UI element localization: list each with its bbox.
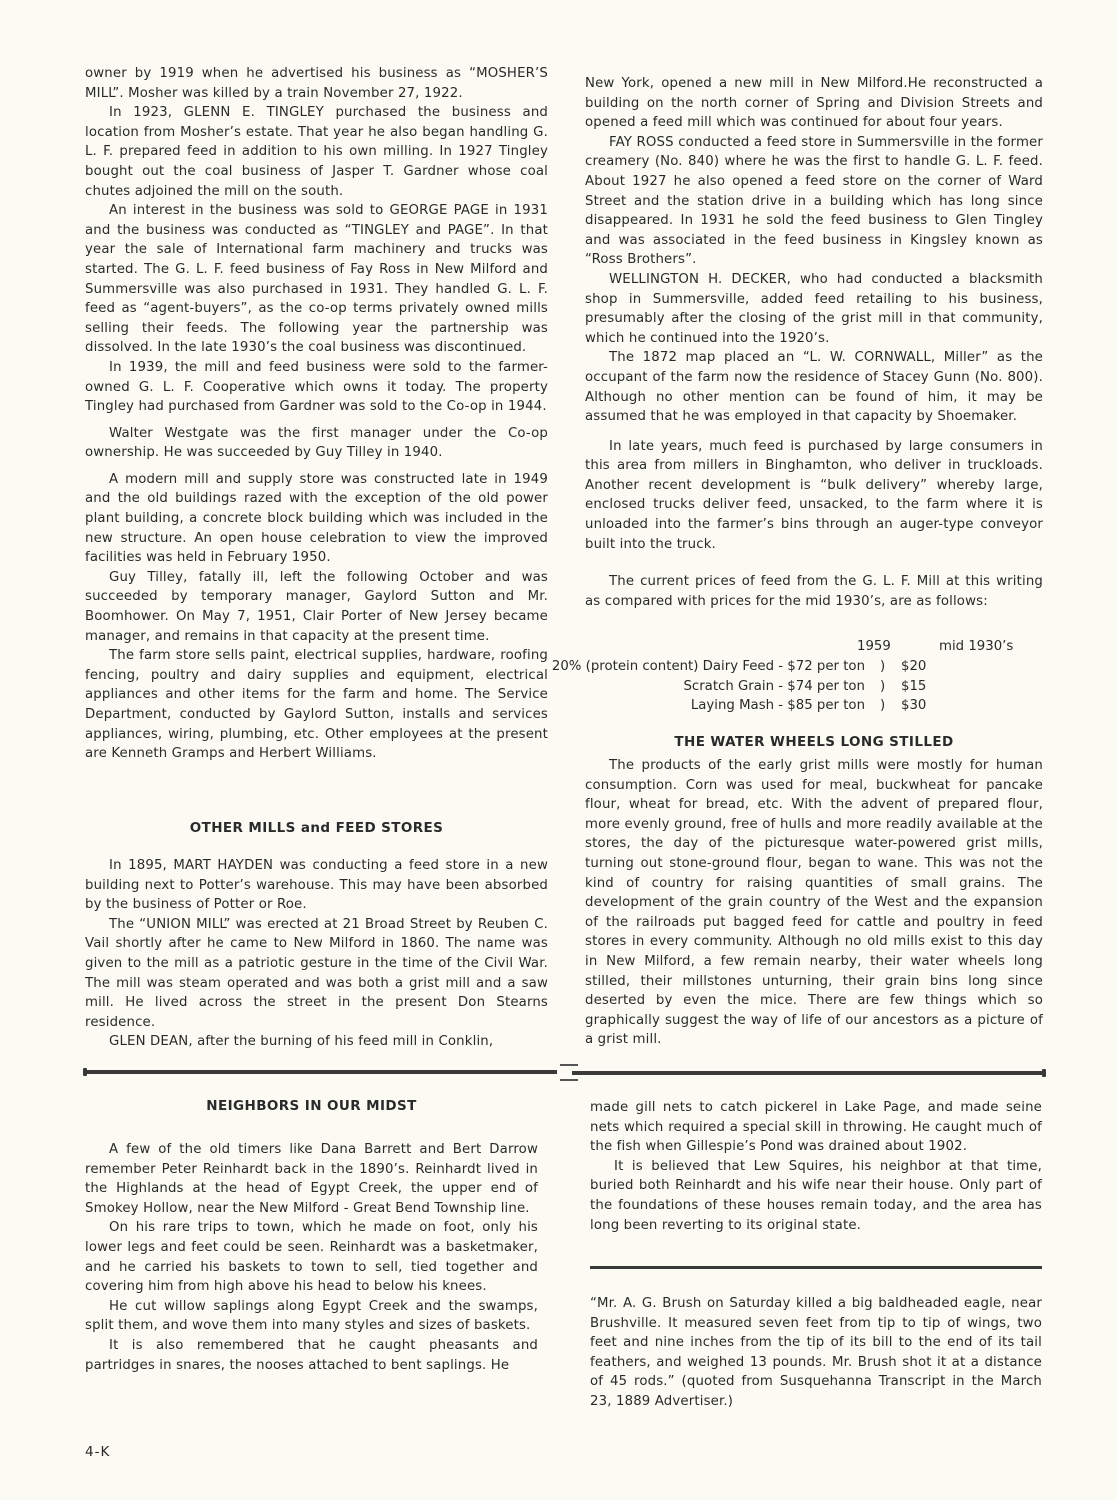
paragraph: It is believed that Lew Squires, his nei… [590, 1157, 1042, 1235]
right-column: New York, opened a new mill in New Milfo… [585, 74, 1043, 611]
paragraph: On his rare trips to town, which he made… [85, 1218, 538, 1296]
quote-divider [590, 1266, 1042, 1269]
price-row: 20% (protein content) Dairy Feed - $72 p… [585, 657, 1043, 677]
price-separator: ) [880, 657, 885, 677]
neighbors-left-column: A few of the old timers like Dana Barret… [85, 1140, 538, 1375]
left-column: owner by 1919 when he advertised his bus… [85, 64, 548, 764]
price-table-header: 1959 mid 1930’s [585, 637, 1043, 657]
paragraph: It is also remembered that he caught phe… [85, 1336, 538, 1375]
section-heading-water-wheels: THE WATER WHEELS LONG STILLED [585, 734, 1043, 750]
paragraph: He cut willow saplings along Egypt Creek… [85, 1297, 538, 1336]
neighbors-right-column: made gill nets to catch pickerel in Lake… [590, 1098, 1042, 1235]
price-row: Scratch Grain - $74 per ton ) $15 [585, 677, 1043, 697]
paragraph: The farm store sells paint, electrical s… [85, 646, 548, 764]
paragraph: GLEN DEAN, after the burning of his feed… [85, 1032, 548, 1052]
paragraph: The “UNION MILL” was erected at 21 Broad… [85, 915, 548, 1033]
section-heading-neighbors: NEIGHBORS IN OUR MIDST [85, 1098, 538, 1114]
price-old: $20 [901, 657, 926, 677]
price-separator: ) [880, 677, 885, 697]
paragraph: WELLINGTON H. DECKER, who had conducted … [585, 270, 1043, 348]
paragraph: owner by 1919 when he advertised his bus… [85, 64, 548, 103]
price-row: Laying Mash - $85 per ton ) $30 [585, 696, 1043, 716]
divider-ornament-icon [560, 1079, 578, 1081]
column-header-mid-1930s: mid 1930’s [939, 637, 1013, 657]
price-old: $15 [901, 677, 926, 697]
paragraph: The products of the early grist mills we… [585, 756, 1043, 1050]
divider-ornament-icon [560, 1064, 578, 1066]
paragraph: The 1872 map placed an “L. W. CORNWALL, … [585, 348, 1043, 426]
paragraph: FAY ROSS conducted a feed store in Summe… [585, 133, 1043, 270]
paragraph: In 1895, MART HAYDEN was conducting a fe… [85, 856, 548, 915]
price-old: $30 [901, 696, 926, 716]
paragraph: The current prices of feed from the G. L… [585, 572, 1043, 611]
paragraph: Walter Westgate was the first manager un… [85, 424, 548, 463]
paragraph: A modern mill and supply store was const… [85, 470, 548, 568]
paragraph: In 1939, the mill and feed business were… [85, 358, 548, 417]
page-number: 4-K [85, 1444, 110, 1460]
paragraph: In late years, much feed is purchased by… [585, 437, 1043, 555]
section-divider-left [85, 1070, 557, 1074]
other-mills-section: In 1895, MART HAYDEN was conducting a fe… [85, 856, 548, 1052]
price-item: Scratch Grain - $74 per ton [683, 677, 865, 697]
paragraph: made gill nets to catch pickerel in Lake… [590, 1098, 1042, 1157]
paragraph: A few of the old timers like Dana Barret… [85, 1140, 538, 1218]
price-separator: ) [880, 696, 885, 716]
section-heading-other-mills: OTHER MILLS and FEED STORES [85, 820, 548, 836]
section-divider-right [572, 1071, 1044, 1075]
paragraph: An interest in the business was sold to … [85, 201, 548, 358]
paragraph: New York, opened a new mill in New Milfo… [585, 74, 1043, 133]
water-wheels-section: The products of the early grist mills we… [585, 756, 1043, 1050]
eagle-quote: “Mr. A. G. Brush on Saturday killed a bi… [590, 1294, 1042, 1412]
price-item: Laying Mash - $85 per ton [691, 696, 865, 716]
paragraph: Guy Tilley, fatally ill, left the follow… [85, 568, 548, 646]
paragraph: In 1923, GLENN E. TINGLEY purchased the … [85, 103, 548, 201]
price-item: 20% (protein content) Dairy Feed - $72 p… [552, 657, 865, 677]
quote-text: “Mr. A. G. Brush on Saturday killed a bi… [590, 1294, 1042, 1412]
column-header-1959: 1959 [857, 637, 891, 657]
feed-price-table: 1959 mid 1930’s 20% (protein content) Da… [585, 637, 1043, 716]
divider-end-cap [1042, 1069, 1046, 1077]
